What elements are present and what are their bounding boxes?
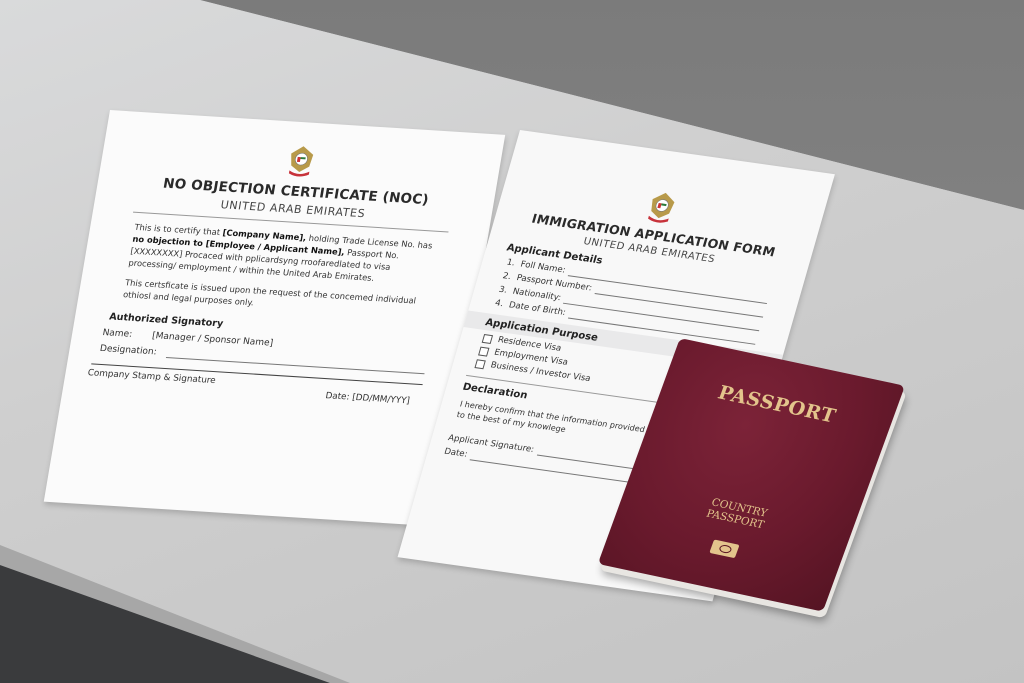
biometric-chip-icon	[709, 540, 739, 559]
checkbox-icon	[482, 334, 493, 344]
stamp-label: Company Stamp & Signature	[86, 368, 217, 394]
photo-scene: NO OBJECTION CERTIFICATE (NOC) UNITED AR…	[0, 0, 1024, 683]
designation-label: Designation:	[99, 344, 157, 357]
checkbox-icon	[475, 359, 486, 369]
name-label: Name:	[102, 328, 133, 340]
passport-title: PASSPORT	[661, 370, 894, 439]
field-label: Foll Name:	[519, 260, 567, 276]
date-label: Date: [DD/MM/YYY]	[325, 391, 411, 406]
passport-country: COUNTRY PASSPORT	[621, 478, 854, 549]
date-label: Date:	[443, 447, 469, 460]
noc-paragraph-1: This is to certify that [Company Name], …	[128, 221, 443, 288]
uae-emblem-icon	[642, 189, 681, 226]
uae-emblem-icon	[283, 143, 319, 179]
checkbox-icon	[478, 346, 489, 356]
name-value: [Manager / Sponsor Name]	[151, 331, 274, 349]
